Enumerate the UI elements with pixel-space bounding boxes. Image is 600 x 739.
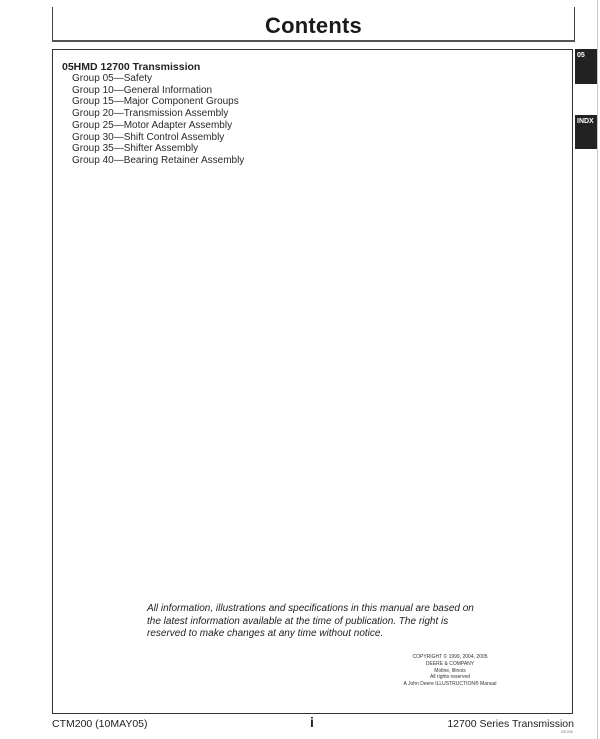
tab-index[interactable]: INDX: [575, 115, 597, 149]
copyright-notice: COPYRIGHT © 1999, 2004, 2005 DEERE & COM…: [380, 654, 520, 688]
toc-section-heading[interactable]: 05HMD 12700 Transmission: [62, 61, 200, 73]
toc-item-group-30[interactable]: Group 30—Shift Control Assembly: [72, 132, 244, 144]
disclaimer-line: All information, illustrations and speci…: [147, 603, 507, 616]
tab-05-label: 05: [577, 52, 585, 59]
toc-item-group-40[interactable]: Group 40—Bearing Retainer Assembly: [72, 155, 244, 167]
footer-document-id: CTM200 (10MAY05): [52, 718, 148, 730]
page-title: Contents: [53, 13, 574, 39]
footer-page-number: i: [310, 714, 314, 730]
page-edge-line: [597, 0, 598, 739]
toc-item-group-25[interactable]: Group 25—Motor Adapter Assembly: [72, 120, 244, 132]
page-header: Contents: [52, 7, 575, 42]
disclaimer-line: reserved to make changes at any time wit…: [147, 628, 507, 641]
copyright-line: COPYRIGHT © 1999, 2004, 2005: [380, 654, 520, 661]
toc-item-group-05[interactable]: Group 05—Safety: [72, 73, 244, 85]
tab-index-label: INDX: [577, 118, 594, 125]
copyright-line: A John Deere ILLUSTRUCTION® Manual: [380, 681, 520, 688]
copyright-line: Moline, Illinois: [380, 668, 520, 675]
toc-list: Group 05—Safety Group 10—General Informa…: [72, 73, 244, 167]
footer-manual-title: 12700 Series Transmission: [447, 718, 574, 730]
toc-item-group-20[interactable]: Group 20—Transmission Assembly: [72, 108, 244, 120]
tab-05[interactable]: 05: [575, 49, 597, 84]
disclaimer-line: the latest information available at the …: [147, 616, 507, 629]
disclaimer-text: All information, illustrations and speci…: [147, 603, 507, 641]
copyright-line: DEERE & COMPANY: [380, 661, 520, 668]
footer-code: 051005: [561, 730, 573, 734]
toc-item-group-35[interactable]: Group 35—Shifter Assembly: [72, 143, 244, 155]
toc-item-group-10[interactable]: Group 10—General Information: [72, 85, 244, 97]
toc-item-group-15[interactable]: Group 15—Major Component Groups: [72, 96, 244, 108]
